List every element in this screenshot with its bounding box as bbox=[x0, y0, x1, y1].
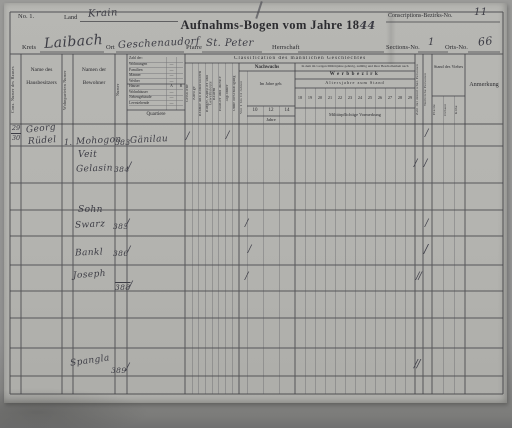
ort-label: Ort bbox=[106, 44, 115, 51]
quartier-row-value: — bbox=[166, 73, 177, 78]
tally-mark: / bbox=[425, 219, 428, 229]
form-title-year-handwritten: 44 bbox=[359, 19, 375, 32]
militar-age-col: 29 bbox=[405, 88, 415, 108]
margin-number-top: 29 bbox=[12, 124, 20, 132]
quartier-row-label: Wohnungen bbox=[129, 62, 166, 67]
conscription-district-label: Conscriptions-Bezirks-No. bbox=[388, 13, 453, 20]
quartier-col-a: A bbox=[166, 84, 177, 89]
column-males-total: Zahl der männlichen Personen bbox=[416, 57, 423, 122]
tally-mark: / bbox=[186, 132, 189, 142]
quartier-row: Leerstehende — bbox=[128, 101, 186, 106]
livestock-col-pferde: Pferde bbox=[433, 97, 442, 122]
nachwuchs-age-14: 14 bbox=[279, 106, 295, 116]
livestock-col-kuehe: Kühe bbox=[455, 97, 464, 122]
column-numer: Numer bbox=[116, 58, 126, 122]
class-col-buerger: Bürger, Künstler und Gewerbsleute bbox=[206, 65, 212, 122]
livestock-col-ochsen: Ochsen bbox=[444, 97, 453, 122]
quartier-row: Weiber — bbox=[128, 79, 186, 84]
column-house-owner: Name des Hausbesitzers bbox=[22, 64, 61, 90]
tally-mark: / bbox=[126, 219, 129, 229]
nachwuchs-title: Nachwuchs bbox=[239, 65, 295, 71]
class-col-beamte: Beamte und Honoratioren bbox=[199, 65, 205, 122]
quartier-col-r: R bbox=[177, 84, 185, 89]
class-col-adelige: Adelige bbox=[193, 65, 198, 122]
quartier-row: Wohnhäuser — bbox=[128, 90, 186, 95]
quartier-bottom-header-label: Häuser bbox=[129, 84, 166, 89]
quartier-row-value: — bbox=[166, 79, 177, 84]
inhabitant-number: 383 bbox=[115, 138, 131, 147]
pfarre-label: Pfarre bbox=[186, 44, 202, 51]
militar-heading-line1: In dem im vorigen Militärjahre gehörig, … bbox=[296, 65, 414, 69]
quartier-footer: Quartiere bbox=[128, 112, 184, 118]
quartier-row: Männer — bbox=[128, 73, 186, 78]
nachwuchs-age-12: 12 bbox=[263, 106, 279, 116]
tally-mark: / bbox=[425, 129, 428, 139]
tally-mark: / bbox=[414, 159, 417, 169]
herrschaft-label: Herrschaft bbox=[272, 44, 299, 51]
quartier-row-label: Weiber bbox=[129, 79, 166, 84]
column-dwelling-party: Wohnparteien Numer bbox=[63, 58, 72, 122]
inhabitant-name: Swarz bbox=[75, 219, 106, 231]
inhabitant-number: 389 bbox=[111, 366, 127, 375]
tally-mark: / bbox=[424, 243, 428, 255]
class-col-tagloehner: Taglöhner bbox=[226, 65, 232, 122]
quartier-row: Familien — bbox=[128, 68, 186, 73]
inhabitant-name: Bankl bbox=[75, 248, 103, 259]
militar-heading-line2: Werbbezirk bbox=[295, 72, 415, 78]
conscription-district-value-handwritten: 11 bbox=[474, 7, 488, 18]
column-females: Weibliche Personen bbox=[424, 57, 431, 122]
quartier-row: Wohnungen — bbox=[128, 62, 186, 67]
inhabitant-name: Veit bbox=[78, 150, 97, 160]
sections-value-handwritten: 1 bbox=[428, 37, 435, 48]
militar-heading-line5: Militärpflichtige Vormerkung bbox=[295, 113, 415, 118]
militar-age-col: 20 bbox=[315, 88, 325, 108]
militar-age-col: 19 bbox=[305, 88, 315, 108]
quartier-row-value: — bbox=[166, 68, 177, 73]
class-col-ohne-beschaeftigung: Ohne Beschäftigung bbox=[233, 65, 239, 122]
tally-mark-double: // bbox=[416, 272, 421, 282]
orts-number-label: Orts-No. bbox=[445, 44, 468, 51]
inhabitant-place: Gänilau bbox=[130, 134, 169, 146]
owner-name-line2: Rüdel bbox=[28, 135, 57, 147]
tally-mark-double: // bbox=[414, 358, 419, 369]
militar-age-col: 28 bbox=[395, 88, 405, 108]
nachwuchs-cell-label: Im Jahre geb. bbox=[248, 82, 294, 87]
class-col-haeusler: Häusler und Inleute bbox=[219, 65, 225, 122]
margin-number-bottom: 30 bbox=[12, 134, 20, 142]
column-house-number: Cons. Numer des Hauses bbox=[11, 58, 21, 122]
land-label: Land bbox=[64, 14, 77, 21]
form-title-printed: Aufnahms-Bogen vom Jahre 18 bbox=[180, 18, 359, 32]
livestock-title: Stand des Viehes bbox=[433, 62, 464, 71]
tally-mark: / bbox=[226, 131, 229, 141]
sections-label: Sections-No. bbox=[386, 44, 420, 51]
inhabitant-name: Gelasin bbox=[76, 163, 113, 174]
pfarre-value-handwritten: St. Peter bbox=[206, 38, 254, 49]
militar-age-col: 21 bbox=[325, 88, 335, 108]
land-value-handwritten: Krain bbox=[88, 7, 118, 20]
militar-age-col: 25 bbox=[365, 88, 375, 108]
tally-mark: / bbox=[424, 159, 427, 169]
tally-mark: / bbox=[245, 219, 248, 229]
margin-house-numbers: 29 30 bbox=[10, 125, 22, 141]
tally-mark: / bbox=[129, 281, 132, 291]
scanned-census-sheet: No. 1. Land Krain Aufnahms-Bogen vom Jah… bbox=[0, 0, 512, 428]
column-inhabitants: Namen der Bewohner bbox=[74, 64, 114, 90]
classification-title: Classification des männlichen Geschlecht… bbox=[186, 56, 414, 62]
quartier-row-label: Familien bbox=[129, 68, 166, 73]
inhabitant-name: Sohn bbox=[78, 205, 103, 215]
quartier-row-label: Leerstehende bbox=[129, 101, 166, 106]
militar-age-col: 22 bbox=[335, 88, 345, 108]
nachwuchs-unit-label: Jahre bbox=[247, 118, 295, 123]
militar-age-col: 24 bbox=[355, 88, 365, 108]
militar-age-col: 18 bbox=[295, 88, 305, 108]
militar-age-col: 27 bbox=[385, 88, 395, 108]
quartier-row-label: Männer bbox=[129, 73, 166, 78]
class-col-geistliche: Geistliche bbox=[186, 65, 192, 122]
tally-mark: / bbox=[126, 363, 129, 373]
quartier-bottom-header: Häuser A R bbox=[128, 85, 186, 90]
quartier-row-label: Wohnhäuser bbox=[129, 90, 166, 95]
militar-age-col: 23 bbox=[345, 88, 355, 108]
tally-mark: / bbox=[248, 245, 251, 255]
nachwuchs-age-10: 10 bbox=[247, 106, 263, 116]
form-title: Aufnahms-Bogen vom Jahre 1844 bbox=[148, 19, 408, 33]
kreis-label: Kreis bbox=[22, 44, 36, 51]
orts-number-value-handwritten: 66 bbox=[477, 34, 493, 48]
militar-age-col: 26 bbox=[375, 88, 385, 108]
quartier-box-title-row: Zahl der: bbox=[128, 56, 186, 62]
nachwuchs-side-label: Von 1 bis 14 Jahren bbox=[240, 73, 246, 121]
inhabitant-index: 1. bbox=[64, 138, 72, 147]
class-col-bauern: Bauern bbox=[213, 65, 218, 122]
militar-heading-line3: Altersjahre zum Stand bbox=[295, 81, 415, 86]
sheet-number: No. 1. bbox=[18, 13, 34, 20]
quartier-box-title: Zahl der: bbox=[129, 56, 185, 61]
quartier-row-value: — bbox=[166, 101, 177, 106]
column-remark: Anmerkung bbox=[465, 82, 503, 89]
tally-mark: / bbox=[245, 272, 248, 282]
tally-mark: / bbox=[128, 162, 131, 172]
quartier-row-value: — bbox=[166, 62, 177, 67]
tally-mark: / bbox=[127, 246, 130, 256]
quartier-row-value: — bbox=[166, 90, 177, 95]
